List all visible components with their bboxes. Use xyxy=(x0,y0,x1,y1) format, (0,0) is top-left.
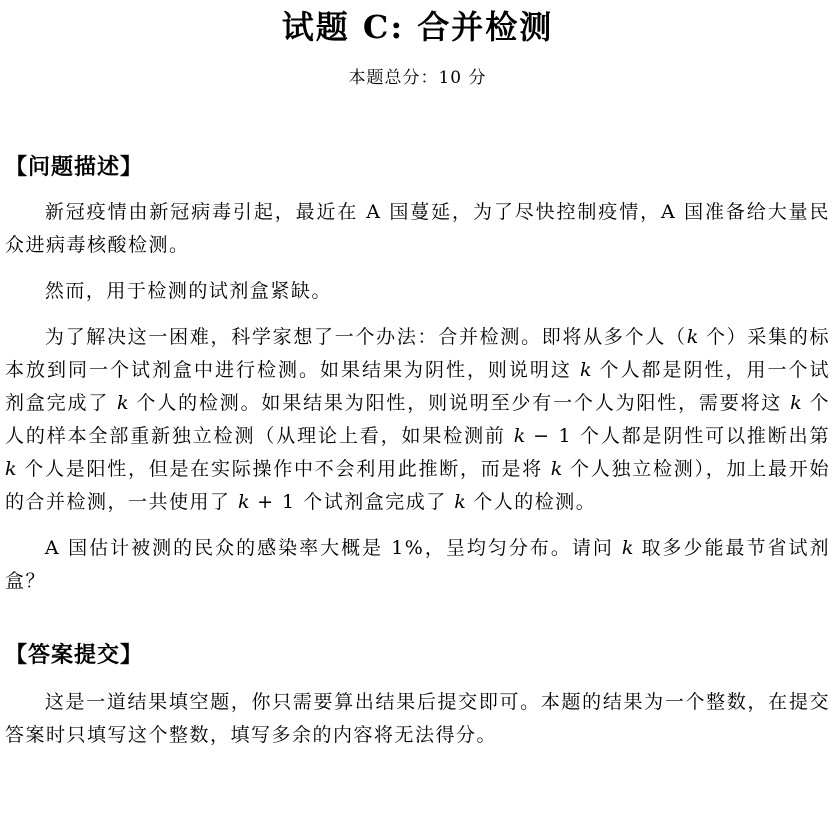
section-heading-answer-submission: 【答案提交】 xyxy=(5,640,830,670)
problem-paragraph-shortage: 然而，用于检测的试剂盒紧缺。 xyxy=(5,275,830,308)
page-subtitle-total-score: 本题总分：10 分 xyxy=(5,66,830,90)
document-page: 试题 C: 合并检测 本题总分：10 分 【问题描述】 新冠疫情由新冠病毒引起，… xyxy=(0,0,838,823)
page-title: 试题 C: 合并检测 xyxy=(5,8,830,46)
problem-paragraph-question: A 国估计被测的民众的感染率大概是 1%，呈均匀分布。请问 k 取多少能最节省试… xyxy=(5,532,830,598)
answer-submission-paragraph: 这是一道结果填空题，你只需要算出结果后提交即可。本题的结果为一个整数，在提交答案… xyxy=(5,686,830,752)
section-heading-problem-description: 【问题描述】 xyxy=(5,152,830,182)
problem-paragraph-background: 新冠疫情由新冠病毒引起，最近在 A 国蔓延，为了尽快控制疫情，A 国准备给大量民… xyxy=(5,196,830,262)
problem-paragraph-merged-testing: 为了解决这一困难，科学家想了一个办法：合并检测。即将从多个人（k 个）采集的标本… xyxy=(5,321,830,519)
